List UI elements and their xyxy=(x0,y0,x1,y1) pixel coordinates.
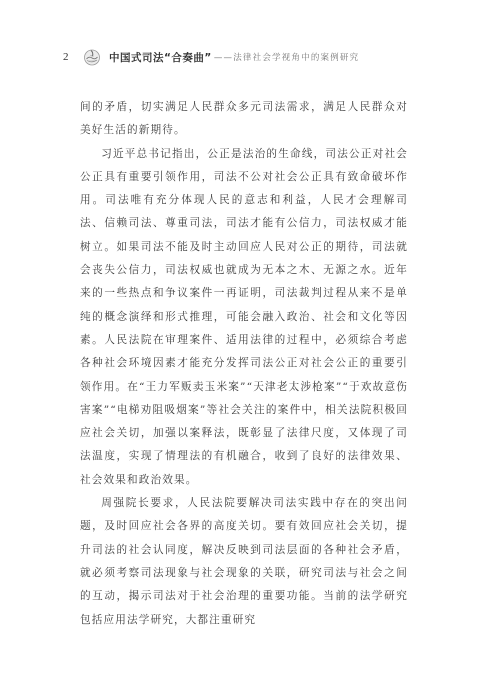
book-title: 中国式司法“合奏曲” xyxy=(109,50,212,65)
page-number: 2 xyxy=(63,51,77,63)
book-logo-icon xyxy=(83,48,101,66)
paragraph-continuation: 间的矛盾，切实满足人民群众多元司法需求，满足人民群众对美好生活的新期待。 xyxy=(80,96,408,143)
paragraph: 习近平总书记指出，公正是法治的生命线，司法公正对社会公正具有重要引领作用，司法不… xyxy=(80,143,408,492)
body-text: 间的矛盾，切实满足人民群众多元司法需求，满足人民群众对美好生活的新期待。 习近平… xyxy=(80,96,408,632)
paragraph: 周强院长要求，人民法院要解决司法实践中存在的突出问题，及时回应社会各界的高度关切… xyxy=(80,492,408,632)
book-subtitle: ——法律社会学视角中的案例研究 xyxy=(214,51,360,63)
book-page: 2 中国式司法“合奏曲” ——法律社会学视角中的案例研究 间的矛盾，切实满足人民… xyxy=(0,0,483,681)
running-header: 2 中国式司法“合奏曲” ——法律社会学视角中的案例研究 xyxy=(63,48,359,66)
